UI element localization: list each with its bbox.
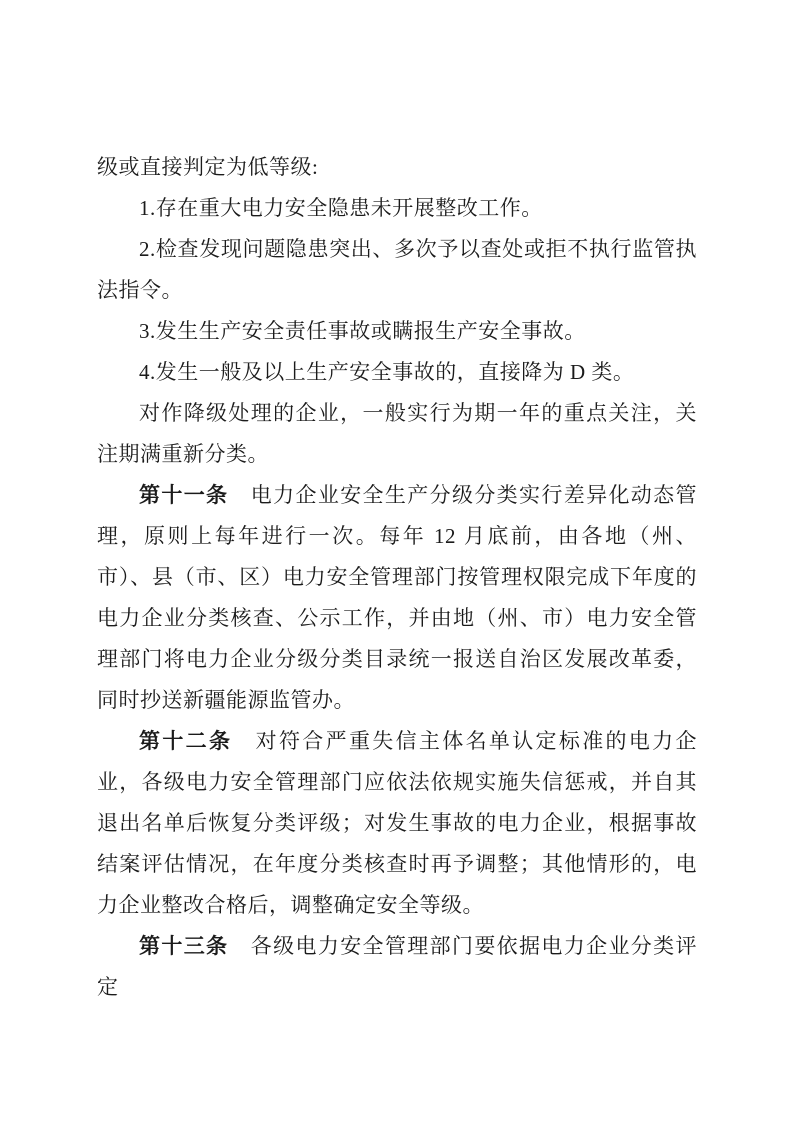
article-number: 第十一条 xyxy=(139,484,228,507)
paragraph: 第十一条 电力企业安全生产分级分类实行差异化动态管理，原则上每年进行一次。每年 … xyxy=(97,475,697,721)
document-page: 级或直接判定为低等级:1.存在重大电力安全隐患未开展整改工作。2.检查发现问题隐… xyxy=(0,0,793,1122)
text-run: 对符合严重失信主体名单认定标准的电力企业，各级电力安全管理部门应依法依规实施失信… xyxy=(97,729,697,917)
paragraph: 级或直接判定为低等级: xyxy=(97,147,697,188)
paragraph: 对作降级处理的企业，一般实行为期一年的重点关注，关注期满重新分类。 xyxy=(97,393,697,475)
text-run: 4.发生一般及以上生产安全事故的，直接降为 D 类。 xyxy=(139,360,634,384)
paragraph: 3.发生生产安全责任事故或瞒报生产安全事故。 xyxy=(97,311,697,352)
text-run: 级或直接判定为低等级: xyxy=(97,155,318,179)
document-body: 级或直接判定为低等级:1.存在重大电力安全隐患未开展整改工作。2.检查发现问题隐… xyxy=(97,147,697,1008)
paragraph: 4.发生一般及以上生产安全事故的，直接降为 D 类。 xyxy=(97,352,697,393)
paragraph: 第十三条 各级电力安全管理部门要依据电力企业分类评定 xyxy=(97,926,697,1008)
text-run: 3.发生生产安全责任事故或瞒报生产安全事故。 xyxy=(139,319,586,343)
article-number: 第十三条 xyxy=(139,935,228,958)
text-run: 对作降级处理的企业，一般实行为期一年的重点关注，关注期满重新分类。 xyxy=(97,401,697,466)
paragraph: 1.存在重大电力安全隐患未开展整改工作。 xyxy=(97,188,697,229)
paragraph: 第十二条 对符合严重失信主体名单认定标准的电力企业，各级电力安全管理部门应依法依… xyxy=(97,721,697,926)
article-number: 第十二条 xyxy=(139,730,232,753)
paragraph: 2.检查发现问题隐患突出、多次予以查处或拒不执行监管执法指令。 xyxy=(97,229,697,311)
text-run: 2.检查发现问题隐患突出、多次予以查处或拒不执行监管执法指令。 xyxy=(97,237,697,302)
text-run: 1.存在重大电力安全隐患未开展整改工作。 xyxy=(139,196,543,220)
text-run: 电力企业安全生产分级分类实行差异化动态管理，原则上每年进行一次。每年 12 月底… xyxy=(97,483,697,712)
